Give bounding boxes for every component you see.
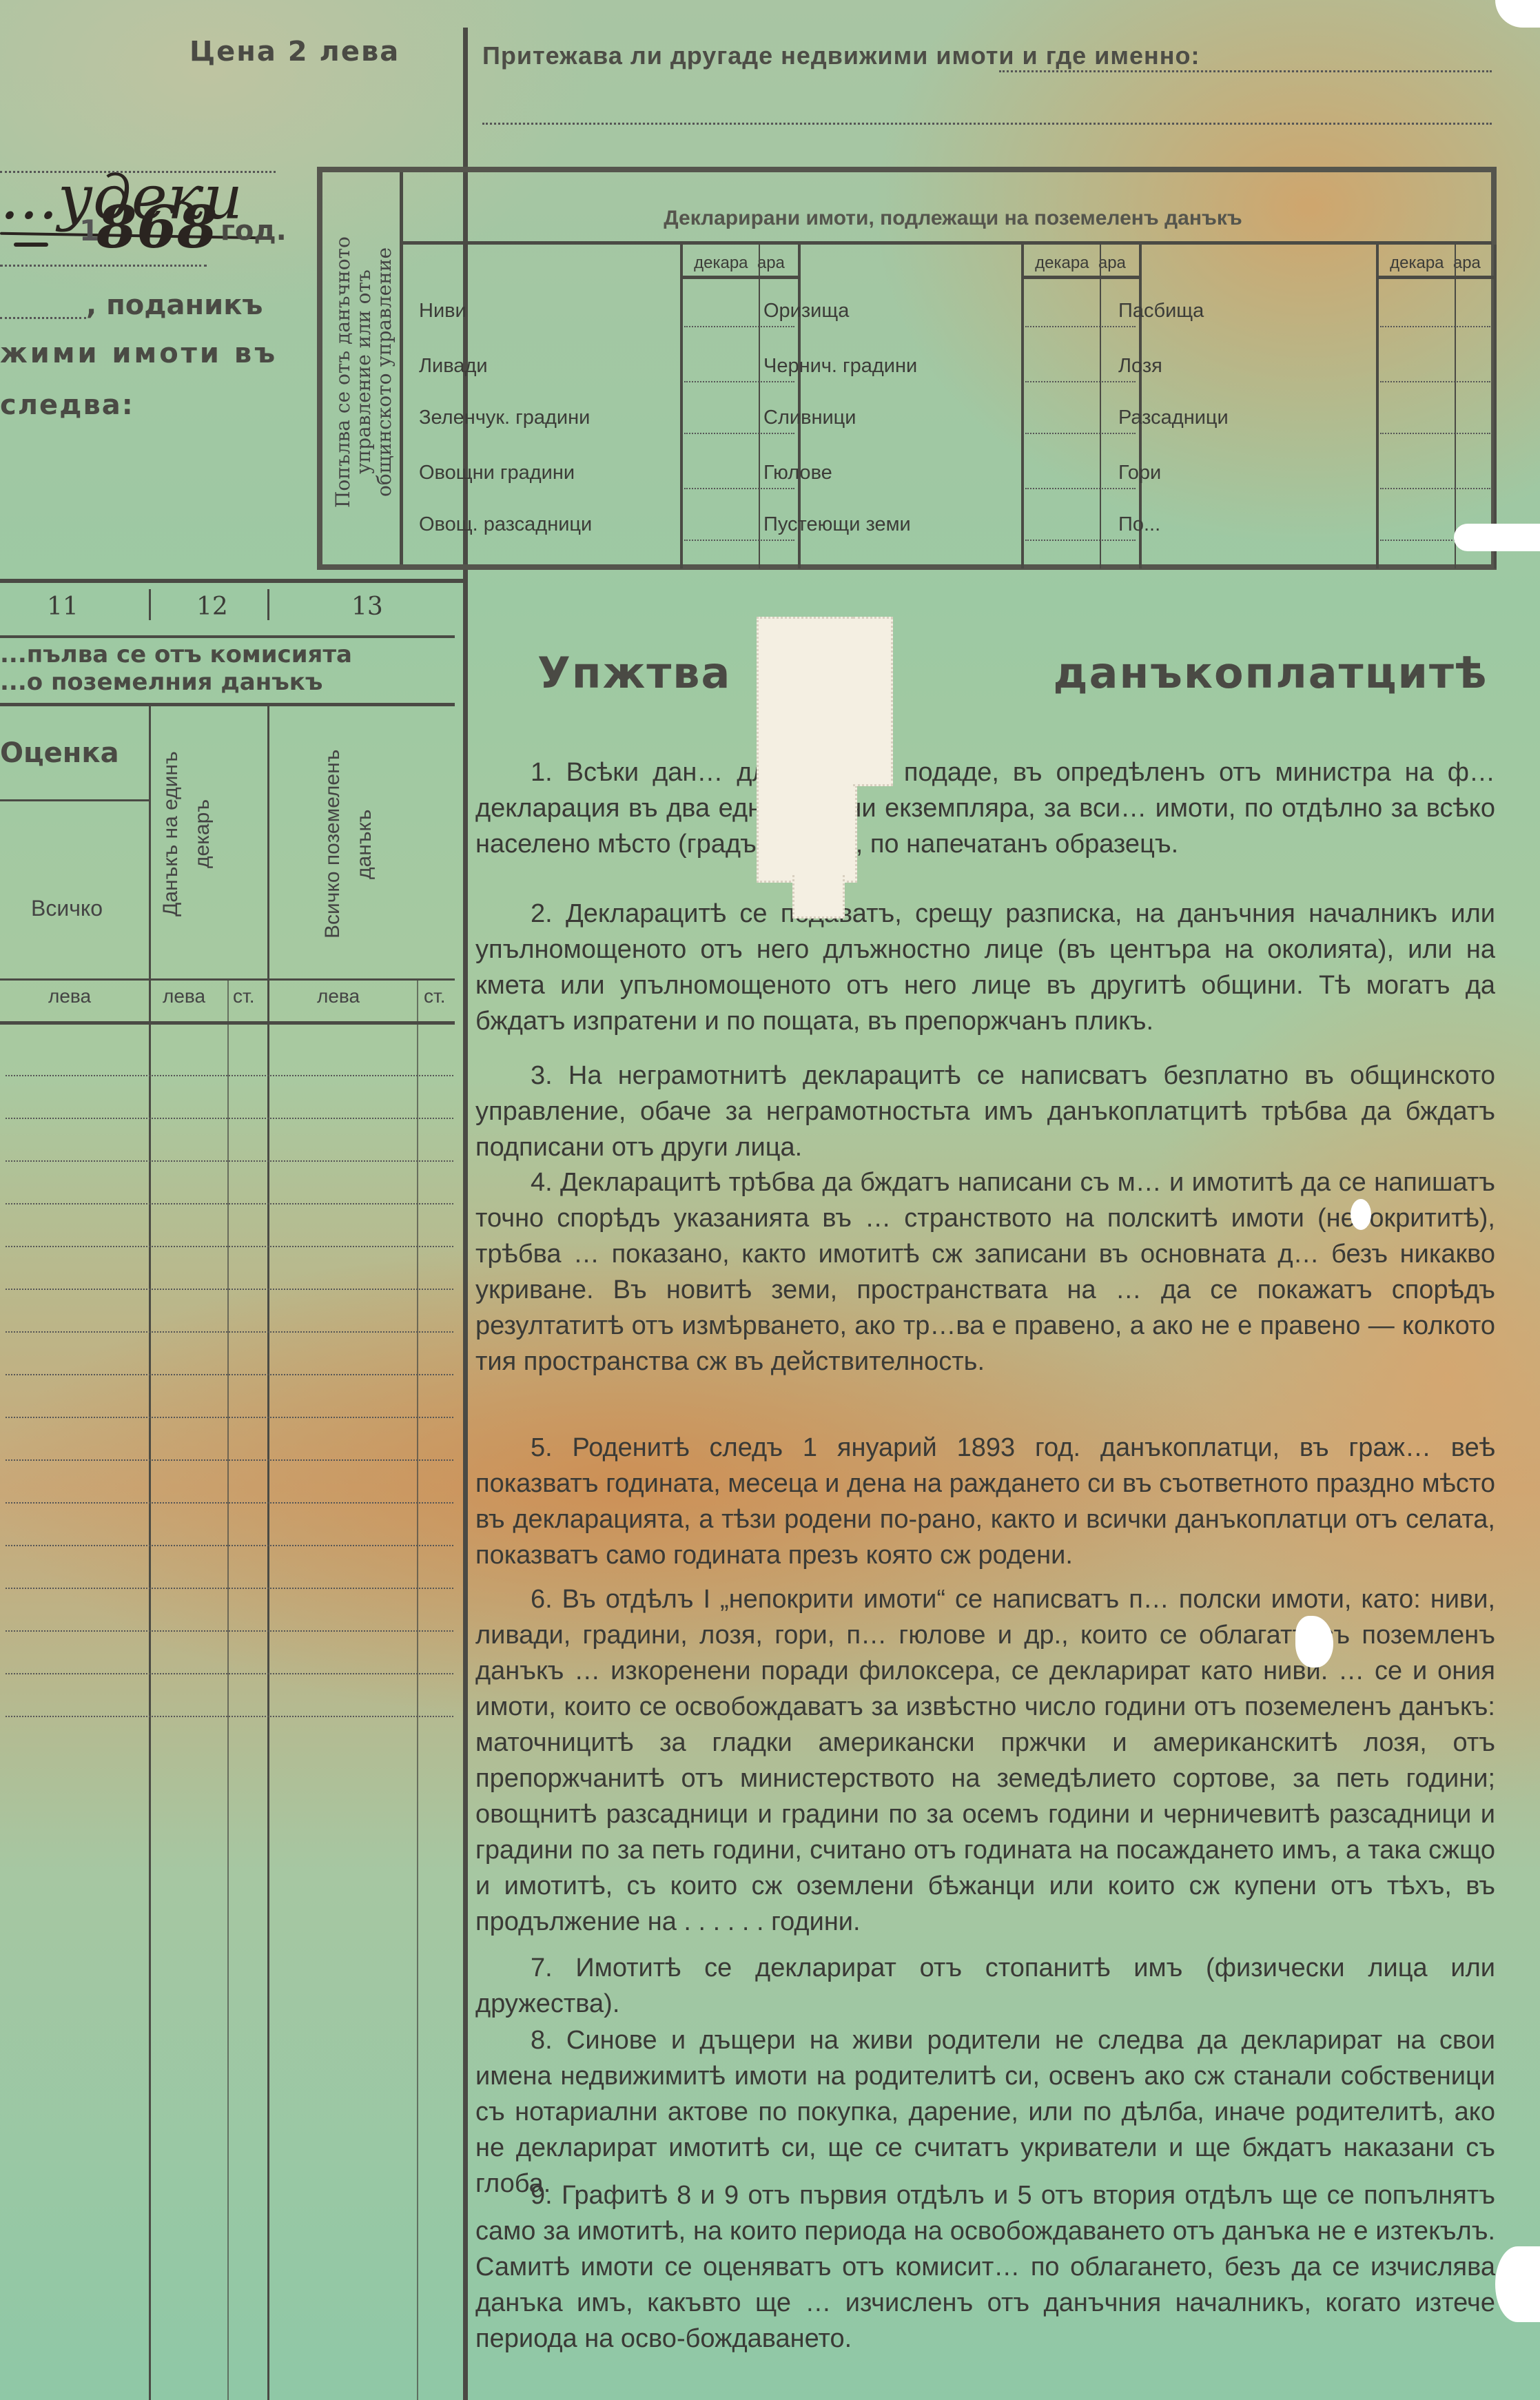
stamp-remnant (757, 617, 857, 883)
instruction-paragraph: 8. Синове и дъщери на живи родители не с… (475, 2022, 1495, 2202)
commission-table: 11 12 13 ...пълва се отъ комисията ...о … (0, 579, 463, 2400)
subject-label: , поданикъ (86, 289, 263, 321)
declared-properties-table: Попълва се отъ данъчното управление или … (317, 167, 1497, 570)
price-label: Цена 2 лева (189, 36, 400, 68)
commission-table-row[interactable] (6, 1716, 453, 1717)
unit-decares: декара (694, 254, 748, 272)
instruction-paragraph: 9. Графитѣ 8 и 9 отъ първия отдѣлъ и 5 о… (475, 2177, 1495, 2357)
unit-header-bottom (1376, 276, 1497, 279)
instruction-paragraph: 2. Декларацитѣ се подаватъ, срещу разпис… (475, 896, 1495, 1039)
commission-table-row[interactable] (6, 1075, 453, 1076)
col-sep-c (267, 706, 269, 2400)
commission-table-row[interactable] (6, 1545, 453, 1546)
stamp-remnant-tail (853, 617, 893, 786)
col-sep-b (227, 980, 229, 2400)
commission-top-border (0, 579, 463, 583)
year-suffix: год. (220, 215, 287, 247)
declared-col-line (1455, 245, 1456, 568)
col-sep-a (149, 706, 151, 2400)
currency-leva-2: лева (163, 985, 205, 1007)
title-divider (403, 241, 1492, 245)
unit-ares: ара (1453, 254, 1481, 272)
declared-item-label: Гори (1118, 462, 1161, 484)
subject-dotted-line (0, 317, 86, 319)
place-dotted-line (0, 171, 276, 173)
stamp-remnant-bottom (792, 875, 845, 919)
declared-col-line (1494, 245, 1497, 568)
currency-leva-3: лева (317, 985, 360, 1007)
column-number-13: 13 (351, 593, 383, 621)
declared-item-label: Пустеющи земи (763, 513, 911, 536)
commission-table-row[interactable] (6, 1331, 453, 1333)
declared-item-label: Сливници (763, 407, 856, 429)
instruction-paragraph: 5. Роденитѣ следъ 1 януарий 1893 год. да… (475, 1430, 1495, 1573)
commission-table-row[interactable] (6, 1588, 453, 1589)
side-note-divider (400, 172, 403, 564)
currency-st-1: ст. (233, 985, 255, 1007)
unit-header-bottom (1021, 276, 1142, 279)
unit-header: декара ара (684, 254, 794, 273)
declared-item-input[interactable] (684, 488, 794, 489)
other-property-question: Притежава ли другаде недвижими имоти и г… (482, 41, 1200, 70)
colnum-sep-2 (267, 589, 269, 620)
declared-item-input[interactable] (1380, 381, 1490, 382)
declared-item-input[interactable] (1025, 540, 1136, 541)
tear-hole-4 (1495, 2246, 1540, 2322)
year-field[interactable]: 1 868 год. (14, 207, 276, 262)
instruction-paragraph: 1. Всѣки дан… длъженъ да подаде, въ опре… (475, 755, 1495, 862)
declared-item-input[interactable] (1380, 326, 1490, 327)
commission-table-row[interactable] (6, 1374, 453, 1375)
col-sep-d (417, 980, 418, 2400)
commission-table-row[interactable] (6, 1118, 453, 1119)
tear-hole-1 (1454, 524, 1540, 551)
declared-col-line (1100, 245, 1101, 568)
other-property-line-1[interactable] (999, 70, 1492, 72)
total-land-tax-header: Всичко поземеленъ данъкъ (317, 730, 420, 958)
commission-table-row[interactable] (6, 1203, 453, 1204)
property-line: жими имоти въ (0, 338, 278, 369)
declared-item-input[interactable] (1025, 488, 1136, 489)
total-label: Всичко (31, 896, 103, 921)
colnum-sep-1 (149, 589, 151, 620)
declared-item-label: По... (1118, 513, 1160, 536)
declared-item-label: Ливади (419, 355, 488, 378)
unit-ares: ара (757, 254, 785, 272)
declared-item-input[interactable] (1025, 433, 1136, 434)
declared-item-input[interactable] (684, 381, 794, 382)
declared-item-input[interactable] (1025, 381, 1136, 382)
commission-table-row[interactable] (6, 1630, 453, 1632)
currency-st-2: ст. (424, 985, 446, 1007)
assessment-divider (0, 799, 149, 801)
commission-caption-1: ...пълва се отъ комисията (0, 641, 352, 668)
declared-item-label: Лозя (1118, 355, 1162, 378)
declared-item-input[interactable] (1025, 326, 1136, 327)
commission-table-row[interactable] (6, 1160, 453, 1162)
commission-table-row[interactable] (6, 1417, 453, 1418)
tear-top-right (1495, 0, 1540, 28)
unit-decares: декара (1390, 254, 1444, 272)
unit-decares: декара (1035, 254, 1089, 272)
instruction-paragraph: 4. Декларацитѣ трѣбва да бждатъ написани… (475, 1165, 1495, 1380)
instructions-title: Упжтва данъкоплатцитѣ (537, 648, 1488, 698)
declared-item-label: Овощни градини (419, 462, 575, 484)
declared-col-line (1021, 245, 1024, 568)
declared-item-label: Ниви (419, 300, 466, 322)
currency-leva-1: лева (48, 985, 91, 1007)
commission-table-row[interactable] (6, 1502, 453, 1504)
commission-table-row[interactable] (6, 1459, 453, 1461)
year-dotted-line (0, 265, 207, 267)
instruction-paragraph: 7. Имотитѣ се декларират отъ стопанитѣ и… (475, 1950, 1495, 2022)
commission-table-row[interactable] (6, 1246, 453, 1247)
declared-item-label: Зеленчук. градини (419, 407, 590, 429)
year-underline-hand (14, 243, 48, 247)
declared-item-label: Гюлове (763, 462, 832, 484)
unit-header: декара ара (1025, 254, 1136, 273)
instructions-title-left: Упжтва (537, 648, 731, 698)
tear-hole-2 (1351, 1199, 1371, 1230)
instruction-paragraph: 3. На неграмотнитѣ декларацитѣ се написв… (475, 1058, 1495, 1165)
declared-item-input[interactable] (1380, 433, 1490, 434)
instruction-paragraph: 6. Въ отдѣлъ I „непокрити имоти“ се напи… (475, 1581, 1495, 1940)
declared-item-label: Оризища (763, 300, 849, 322)
side-note: Попълва се отъ данъчното управление или … (333, 214, 395, 531)
declared-col-line (680, 245, 683, 568)
column-number-12: 12 (196, 593, 228, 621)
unit-header: декара ара (1380, 254, 1490, 273)
column-number-11: 11 (47, 593, 79, 621)
commission-table-row[interactable] (6, 1673, 453, 1674)
declared-item-input[interactable] (684, 433, 794, 434)
commission-table-row[interactable] (6, 1289, 453, 1290)
assessment-header: Оценка (0, 737, 119, 769)
declared-col-line (1376, 245, 1379, 568)
tax-per-decare-header: Данъкъ на единъ декаръ (155, 730, 258, 937)
instructions-title-right: данъкоплатцитѣ (1054, 648, 1488, 698)
commission-caption-2: ...о поземелния данъкъ (0, 668, 322, 696)
caption-bottom (0, 703, 455, 706)
follows-line: следва: (0, 389, 134, 421)
unit-header-bottom (680, 276, 801, 279)
declared-item-input[interactable] (1380, 488, 1490, 489)
declared-col-line (759, 245, 760, 568)
declared-table-title: Декларирани имоти, подлежащи на поземеле… (419, 207, 1487, 230)
year-handwritten: 868 (96, 193, 217, 261)
declared-item-label: Разсадници (1118, 407, 1229, 429)
other-property-line-2[interactable] (482, 123, 1492, 125)
unit-ares: ара (1098, 254, 1126, 272)
declared-item-label: Пасбища (1118, 300, 1204, 322)
declared-item-label: Чернич. градини (763, 355, 917, 378)
declared-item-label: Овощ. разсадници (419, 513, 592, 536)
declared-item-input[interactable] (684, 540, 794, 541)
colnum-bottom (0, 635, 455, 638)
declared-item-input[interactable] (684, 326, 794, 327)
